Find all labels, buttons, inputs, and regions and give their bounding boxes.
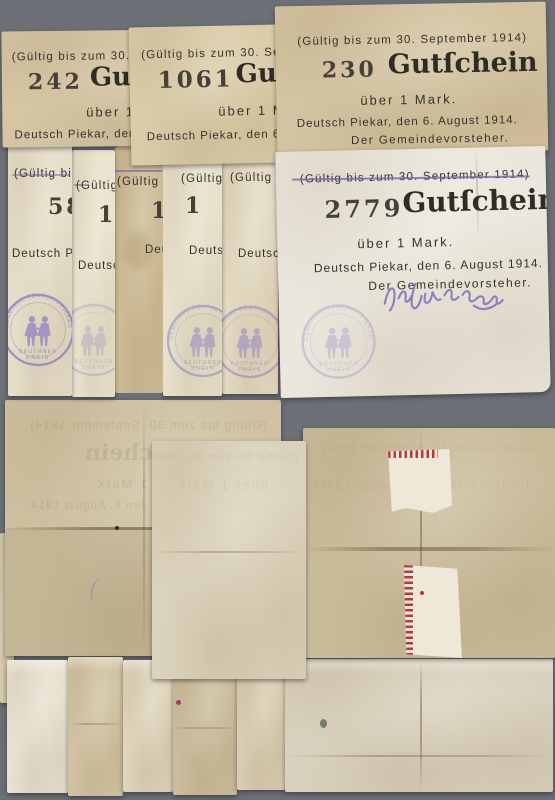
voucher-front-hidden-b: (Gültig bis zum 30. September 1914) 1 De… [115, 140, 163, 393]
serial-number: 1061 [157, 65, 234, 94]
place-date-line: Deutsch Piekar, den 6. August 1914. [314, 256, 543, 275]
municipal-seal [8, 292, 72, 368]
crease-line [285, 755, 553, 757]
voucher-back-wide [285, 659, 553, 792]
tape-remnant-top [388, 449, 452, 513]
municipal-seal [165, 303, 222, 379]
voucher-front-hidden-d: (Gültig bis zum 30. September 1914) Deut… [222, 144, 278, 394]
voucher-back-strip-3 [123, 660, 173, 792]
crease-line [420, 659, 422, 792]
voucher-front-230: (Gültig bis zum 30. September 1914) 230 … [275, 2, 549, 156]
gutschein-word: Gutſchein [235, 56, 281, 89]
value-line: über 1 Mark. [357, 234, 454, 251]
red-stripe-edge [404, 565, 413, 658]
validity-line: (Gültig bis zum 30. September 1914) [117, 176, 163, 188]
validity-line: (Gültig bis zum 30. September 1914) [76, 180, 115, 192]
validity-line: (Gültig bis zum 30. September 1914) [181, 173, 222, 185]
place-date-line: Deutsch Piekar, den 6. August 1914. [12, 248, 72, 260]
place-date-line: Deutsch Piekar, den 6. August 1914. [297, 114, 518, 130]
crease-line [68, 723, 123, 725]
red-dot [176, 700, 181, 705]
bleed-validity: (Gültig bis zum 30. September 1914) [152, 451, 298, 463]
voucher-front-hidden-c: (Gültig bis zum 30. September 1914) 1 De… [163, 145, 222, 396]
crease-line [173, 727, 237, 729]
handwritten-signature [378, 273, 509, 318]
validity-line: (Gültig bis zum 30. September 1914) [230, 172, 278, 184]
tape-remnant-bottom [404, 565, 462, 658]
notgeld-lot-photo: (Gültig bis zum 30. September 1914) 242 … [0, 0, 555, 800]
value-line: über 1 Mark. [360, 91, 457, 108]
voucher-front-1061: (Gültig bis zum 30. September 1914) 1061… [129, 24, 282, 165]
signoff-line: Der Gemeindevorsteher. [351, 132, 509, 147]
voucher-front-58: (Gültig bis zum 30. September 1914) 58 D… [8, 142, 72, 396]
crease-line [303, 547, 555, 551]
voucher-back-middle: (Gültig bis zum 30. September 1914) über… [152, 441, 306, 679]
bleed-validity: (Gültig bis zum 30. September 1914) [29, 418, 267, 432]
gutschein-word: Gutſchein [387, 47, 537, 81]
serial-number: 1 [185, 193, 203, 219]
municipal-seal [222, 304, 278, 380]
validity-line: (Gültig bis zum 30. September 1914) [297, 32, 527, 48]
place-date-line: Deutsch Piekar, den 6. August 1914. [147, 127, 282, 144]
municipal-seal [299, 302, 379, 382]
voucher-back-right: (Gültig bis zum 30. September 1914) Deut… [303, 428, 555, 658]
voucher-front-hidden-a: (Gültig bis zum 30. September 1914) 1 De… [72, 150, 115, 397]
place-date-line: Deutsch Piekar, den 6. August 1914. [189, 245, 222, 257]
place-date-line: Deutsch Piekar, den 6. August 1914. [78, 260, 115, 272]
cancellation-line [12, 174, 70, 176]
red-dot [420, 591, 424, 595]
bleed-value: über 1 Mark. [171, 477, 268, 492]
value-line: über 1 Mark. [218, 102, 281, 119]
serial-number: 58 [48, 194, 72, 220]
voucher-front-2779: (Gültig bis zum 30. September 1914) 2779… [275, 146, 551, 398]
serial-number: 1 [151, 198, 163, 224]
red-stripe-edge [388, 449, 438, 458]
serial-number: 2779 [324, 193, 403, 224]
crease-line [152, 551, 306, 553]
cancellation-line [115, 170, 163, 172]
stain-spot [125, 230, 151, 270]
voucher-back-strip-2 [68, 657, 123, 796]
serial-number: 1 [98, 202, 115, 228]
place-date-line: Deutsch Piekar, den 6. August 1914. [238, 248, 278, 260]
municipal-seal [72, 302, 115, 378]
serial-number: 230 [322, 57, 377, 84]
ink-spot [320, 719, 327, 728]
serial-number: 242 [28, 69, 83, 96]
voucher-back-strip-1 [7, 660, 68, 793]
